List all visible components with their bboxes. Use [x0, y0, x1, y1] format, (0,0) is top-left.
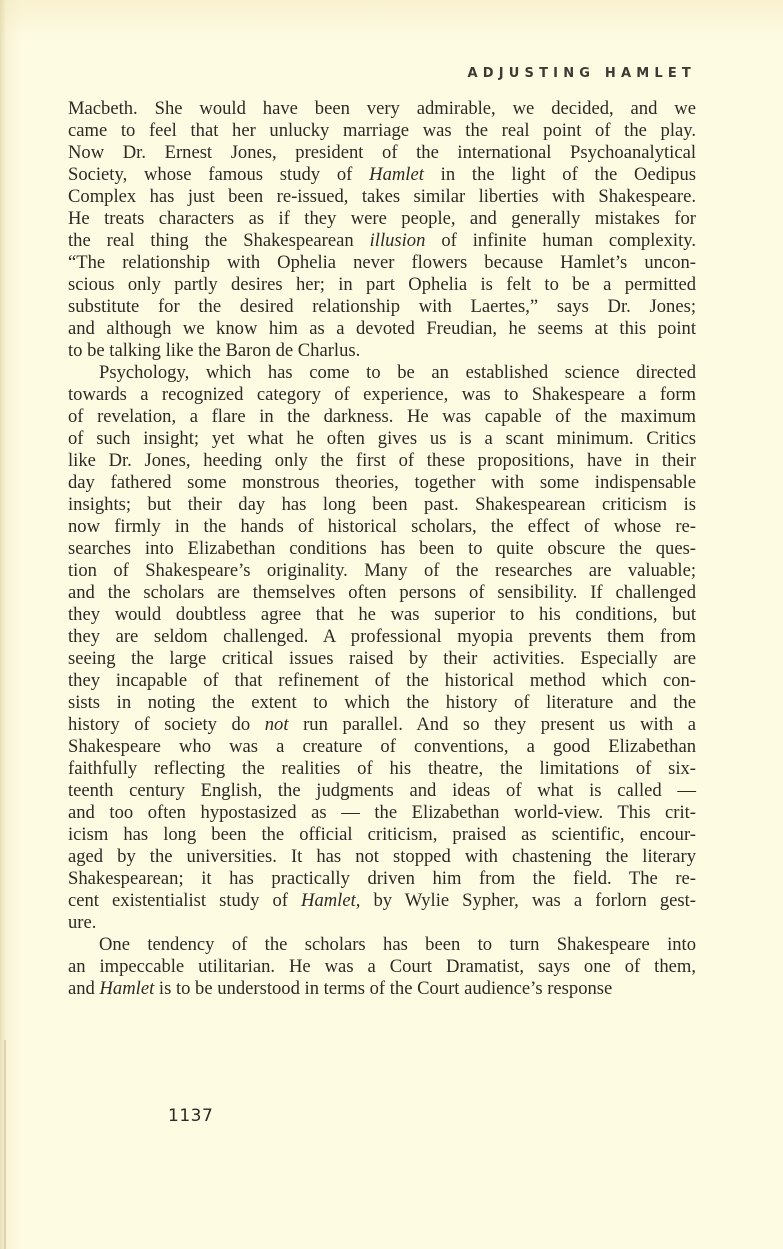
text-line: like Dr. Jones, heeding only the first o…: [68, 450, 696, 472]
text-run: seeing the large critical issues raised …: [68, 648, 696, 669]
page-number: 1137: [168, 1106, 213, 1126]
text-run: Now Dr. Ernest Jones, president of the i…: [68, 142, 696, 163]
text-line: searches into Elizabethan conditions has…: [68, 538, 696, 560]
text-line: Complex has just been re-issued, takes s…: [68, 186, 696, 208]
text-line: substitute for the desired relationship …: [68, 296, 696, 318]
italic-title: not: [265, 714, 289, 735]
paragraph: Psychology, which has come to be an esta…: [68, 362, 696, 934]
text-line: Now Dr. Ernest Jones, president of the i…: [68, 142, 696, 164]
italic-title: Hamlet,: [301, 890, 360, 911]
text-run: cent existentialist study of: [68, 890, 301, 911]
text-run: of infinite human complexity.: [425, 230, 696, 251]
text-run: now firmly in the hands of historical sc…: [68, 516, 696, 537]
text-run: Shakespeare who was a creature of conven…: [68, 736, 696, 757]
text-run: insights; but their day has long been pa…: [68, 494, 696, 515]
text-line: the real thing the Shakespearean illusio…: [68, 230, 696, 252]
text-line: and too often hypostasized as — the Eliz…: [68, 802, 696, 824]
book-page: ADJUSTING HAMLET Macbeth. She would have…: [0, 0, 783, 1249]
text-line: faithfully reflecting the realities of h…: [68, 758, 696, 780]
text-line: towards a recognized category of experie…: [68, 384, 696, 406]
text-line: aged by the universities. It has not sto…: [68, 846, 696, 868]
text-line: they are seldom challenged. A profession…: [68, 626, 696, 648]
text-line: Psychology, which has come to be an esta…: [68, 362, 696, 384]
text-line: seeing the large critical issues raised …: [68, 648, 696, 670]
text-line: Shakespearean; it has practically driven…: [68, 868, 696, 890]
italic-title: illusion: [370, 230, 426, 251]
text-run: tion of Shakespeare’s originality. Many …: [68, 560, 696, 581]
text-line: and Hamlet is to be understood in terms …: [68, 978, 696, 1000]
text-run: Shakespearean; it has practically driven…: [68, 868, 696, 889]
text-line: history of society do not run parallel. …: [68, 714, 696, 736]
text-run: He treats characters as if they were peo…: [68, 208, 696, 229]
text-line: tion of Shakespeare’s originality. Many …: [68, 560, 696, 582]
text-line: they incapable of that refinement of the…: [68, 670, 696, 692]
text-line: came to feel that her unlucky marriage w…: [68, 120, 696, 142]
text-line: sists in noting the extent to which the …: [68, 692, 696, 714]
text-run: ure.: [68, 912, 96, 933]
text-run: “The relationship with Ophelia never flo…: [68, 252, 696, 273]
text-run: history of society do: [68, 714, 265, 735]
text-run: teenth century English, the judgments an…: [68, 780, 696, 801]
text-line: day fathered some monstrous theories, to…: [68, 472, 696, 494]
text-run: the real thing the Shakespearean: [68, 230, 370, 251]
text-run: and too often hypostasized as — the Eliz…: [68, 802, 696, 823]
text-run: searches into Elizabethan conditions has…: [68, 538, 696, 559]
page-gutter-shadow: [4, 1040, 6, 1249]
text-run: of revelation, a flare in the darkness. …: [68, 406, 696, 427]
text-line: now firmly in the hands of historical sc…: [68, 516, 696, 538]
paragraph: One tendency of the scholars has been to…: [68, 934, 696, 1000]
text-line: One tendency of the scholars has been to…: [68, 934, 696, 956]
text-run: towards a recognized category of experie…: [68, 384, 696, 405]
text-line: cent existentialist study of Hamlet, by …: [68, 890, 696, 912]
paragraph: Macbeth. She would have been very admira…: [68, 98, 696, 362]
text-run: by Wylie Sypher, was a forlorn gest-: [360, 890, 696, 911]
text-line: they would doubtless agree that he was s…: [68, 604, 696, 626]
text-line: and although we know him as a devoted Fr…: [68, 318, 696, 340]
text-run: aged by the universities. It has not sto…: [68, 846, 696, 867]
text-line: and the scholars are themselves often pe…: [68, 582, 696, 604]
text-run: Society, whose famous study of: [68, 164, 369, 185]
text-run: icism has long been the official critici…: [68, 824, 696, 845]
text-run: like Dr. Jones, heeding only the first o…: [68, 450, 696, 471]
text-run: an impeccable utilitarian. He was a Cour…: [68, 956, 696, 977]
text-run: Psychology, which has come to be an esta…: [99, 362, 696, 383]
text-run: Complex has just been re-issued, takes s…: [68, 186, 696, 207]
text-run: sists in noting the extent to which the …: [68, 692, 696, 713]
italic-title: Hamlet: [369, 164, 424, 185]
text-run: scious only partly desires her; in part …: [68, 274, 696, 295]
text-line: icism has long been the official critici…: [68, 824, 696, 846]
text-run: Macbeth. She would have been very admira…: [68, 98, 696, 119]
text-line: an impeccable utilitarian. He was a Cour…: [68, 956, 696, 978]
text-run: One tendency of the scholars has been to…: [99, 934, 696, 955]
text-run: in the light of the Oedipus: [424, 164, 696, 185]
text-run: faithfully reflecting the realities of h…: [68, 758, 696, 779]
text-run: substitute for the desired relationship …: [68, 296, 696, 317]
text-run: they would doubtless agree that he was s…: [68, 604, 696, 625]
italic-title: Hamlet: [100, 978, 155, 999]
text-line: Macbeth. She would have been very admira…: [68, 98, 696, 120]
text-run: they incapable of that refinement of the…: [68, 670, 696, 691]
text-line: He treats characters as if they were peo…: [68, 208, 696, 230]
text-run: day fathered some monstrous theories, to…: [68, 472, 696, 493]
text-line: of such insight; yet what he often gives…: [68, 428, 696, 450]
text-run: of such insight; yet what he often gives…: [68, 428, 696, 449]
text-line: Society, whose famous study of Hamlet in…: [68, 164, 696, 186]
running-head: ADJUSTING HAMLET: [468, 66, 697, 81]
text-run: and: [68, 978, 100, 999]
text-line: Shakespeare who was a creature of conven…: [68, 736, 696, 758]
text-line: ure.: [68, 912, 696, 934]
text-run: they are seldom challenged. A profession…: [68, 626, 696, 647]
body-text: Macbeth. She would have been very admira…: [68, 98, 696, 1000]
text-line: scious only partly desires her; in part …: [68, 274, 696, 296]
text-run: is to be understood in terms of the Cour…: [154, 978, 612, 999]
text-run: came to feel that her unlucky marriage w…: [68, 120, 696, 141]
text-line: teenth century English, the judgments an…: [68, 780, 696, 802]
text-line: “The relationship with Ophelia never flo…: [68, 252, 696, 274]
text-line: to be talking like the Baron de Charlus.: [68, 340, 696, 362]
text-line: insights; but their day has long been pa…: [68, 494, 696, 516]
text-run: and although we know him as a devoted Fr…: [68, 318, 696, 339]
text-run: and the scholars are themselves often pe…: [68, 582, 696, 603]
text-run: to be talking like the Baron de Charlus.: [68, 340, 360, 361]
text-run: run parallel. And so they present us wit…: [289, 714, 697, 735]
text-line: of revelation, a flare in the darkness. …: [68, 406, 696, 428]
